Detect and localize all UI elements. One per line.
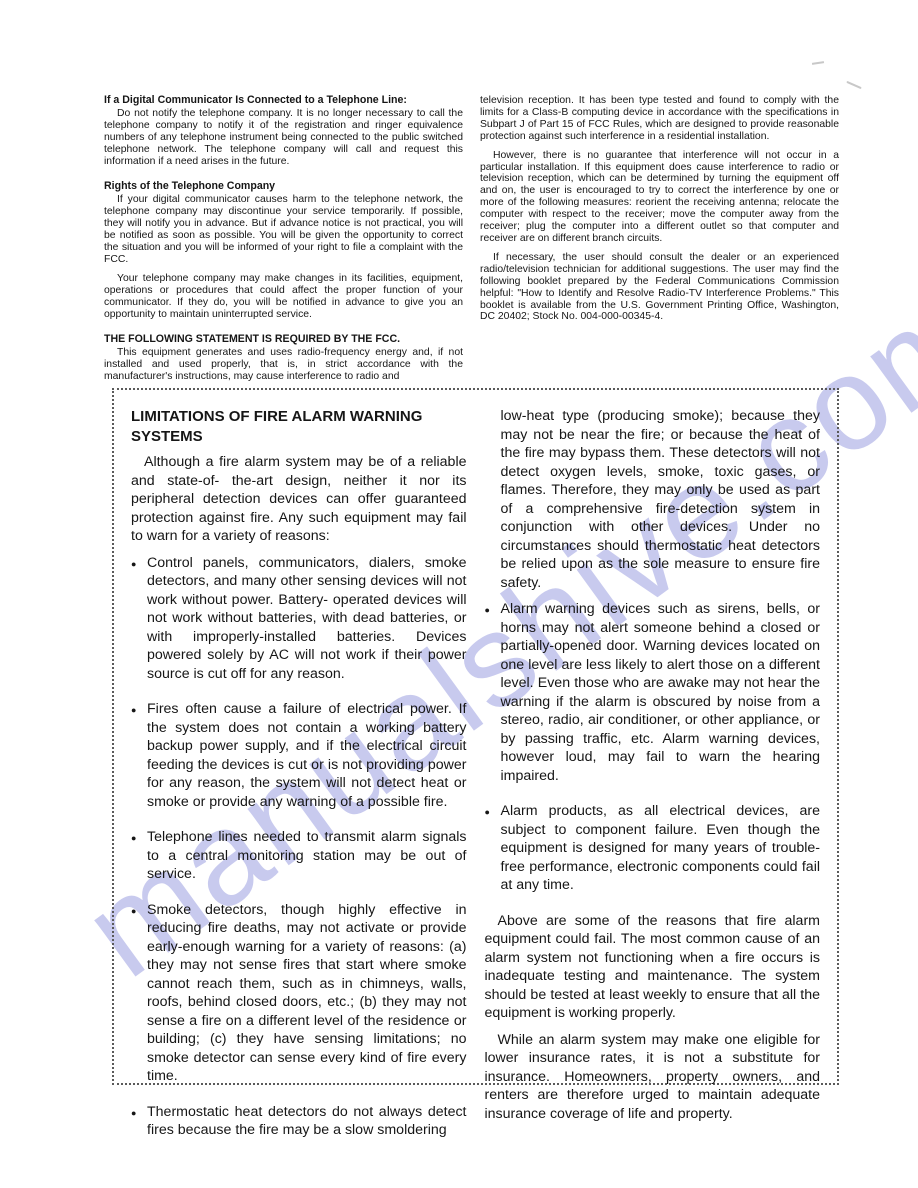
bullet-icon: ● [131,1103,147,1148]
fcc-notice-section: If a Digital Communicator Is Connected t… [104,95,839,390]
paragraph: Although a fire alarm system may be of a… [131,453,467,546]
heading-fcc-statement: THE FOLLOWING STATEMENT IS REQUIRED BY T… [104,327,463,346]
list-item: ● Thermostatic heat detectors do not alw… [131,1103,467,1148]
list-item: ● Telephone lines needed to transmit ala… [131,828,467,892]
paragraph-continuation: low-heat type (producing smoke); because… [485,407,821,592]
limitations-title: LIMITATIONS OF FIRE ALARM WARNING SYSTEM… [131,407,467,447]
list-item: ● Smoke detectors, though highly effecti… [131,901,467,1094]
paragraph: While an alarm system may make one eligi… [485,1031,821,1124]
bullet-icon: ● [485,600,501,793]
paragraph: Above are some of the reasons that fire … [485,912,821,1023]
bullet-icon: ● [131,901,147,1094]
limitations-box: LIMITATIONS OF FIRE ALARM WARNING SYSTEM… [112,388,839,1085]
list-item-text: Fires often cause a failure of electrica… [147,700,467,811]
paragraph: television reception. It has been type t… [480,95,839,143]
list-item-text: Alarm warning devices such as sirens, be… [501,600,821,785]
document-page: manualshive.com If a Digital Communicato… [0,0,918,1188]
paragraph: Do not notify the telephone company. It … [104,108,463,168]
paragraph: This equipment generates and uses radio-… [104,347,463,383]
list-item-text: Telephone lines needed to transmit alarm… [147,828,467,884]
heading-digital-communicator: If a Digital Communicator Is Connected t… [104,95,463,107]
list-item-text: Control panels, communicators, dialers, … [147,554,467,684]
scan-artifact [812,61,824,65]
list-item-text: Smoke detectors, though highly effective… [147,901,467,1086]
bullet-icon: ● [131,554,147,692]
paragraph: If your digital communicator causes harm… [104,194,463,265]
bullet-icon: ● [131,700,147,819]
limitations-left-column: LIMITATIONS OF FIRE ALARM WARNING SYSTEM… [131,407,467,1071]
list-item-text: Thermostatic heat detectors do not alway… [147,1103,467,1140]
list-item: ● Alarm warning devices such as sirens, … [485,600,821,793]
bullet-icon: ● [485,802,501,903]
list-item: ● Alarm products, as all electrical devi… [485,802,821,903]
bullet-icon: ● [131,828,147,892]
limitations-right-column: low-heat type (producing smoke); because… [485,407,821,1071]
fcc-right-column: television reception. It has been type t… [480,95,839,390]
paragraph: If necessary, the user should consult th… [480,252,839,323]
list-item: ● Fires often cause a failure of electri… [131,700,467,819]
heading-rights-telephone-company: Rights of the Telephone Company [104,174,463,193]
scan-artifact [846,81,861,89]
fcc-left-column: If a Digital Communicator Is Connected t… [104,95,463,390]
list-item: ● Control panels, communicators, dialers… [131,554,467,692]
paragraph: However, there is no guarantee that inte… [480,150,839,245]
list-item-text: Alarm products, as all electrical device… [501,802,821,895]
paragraph: Your telephone company may make changes … [104,273,463,321]
